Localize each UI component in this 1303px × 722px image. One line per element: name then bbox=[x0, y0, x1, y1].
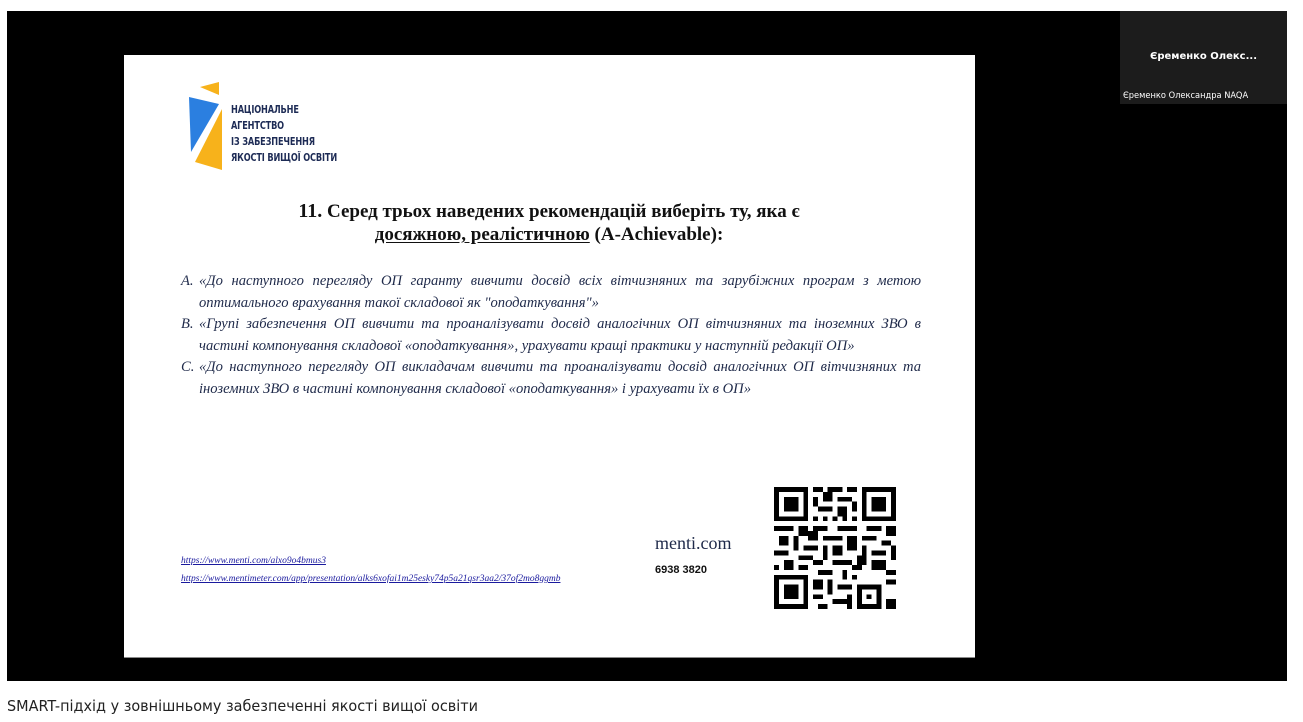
answer-options: A. «До наступного перегляду ОП гаранту в… bbox=[181, 271, 921, 400]
logo-line: АГЕНТСТВО bbox=[231, 118, 337, 134]
menti-code: 6938 3820 bbox=[655, 564, 707, 576]
question-number: 11. bbox=[298, 200, 322, 222]
page-title: SMART-підхід у зовнішньому забезпеченні … bbox=[7, 697, 478, 715]
naqa-logo: НАЦІОНАЛЬНЕ АГЕНТСТВО ІЗ ЗАБЕЗПЕЧЕННЯ ЯК… bbox=[186, 82, 356, 172]
question-heading: 11. Серед трьох наведених рекомендацій в… bbox=[164, 200, 934, 246]
menti-links: https://www.menti.com/alxo9o4bmus3 https… bbox=[181, 552, 560, 588]
logo-line: ЯКОСТІ ВИЩОЇ ОСВІТИ bbox=[231, 150, 337, 166]
option-letter: B. bbox=[181, 314, 199, 357]
question-keyword: досяжною, реалістичною bbox=[375, 224, 590, 245]
option-text: «До наступного перегляду ОП викладачам в… bbox=[199, 357, 921, 400]
option-letter: A. bbox=[181, 271, 199, 314]
participant-tile-name: Єременко Олекс... bbox=[1120, 51, 1287, 62]
qr-code-icon bbox=[774, 487, 896, 609]
menti-link[interactable]: https://www.menti.com/alxo9o4bmus3 bbox=[181, 552, 560, 570]
option-text: «Групі забезпечення ОП вивчити та проана… bbox=[199, 314, 921, 357]
option-text: «До наступного перегляду ОП гаранту вивч… bbox=[199, 271, 921, 314]
participant-name-label: Єременко Олександра NAQA bbox=[1123, 91, 1248, 101]
participant-video-tile[interactable]: Єременко Олекс... Єременко Олександра NA… bbox=[1120, 11, 1287, 104]
logo-text: НАЦІОНАЛЬНЕ АГЕНТСТВО ІЗ ЗАБЕЗПЕЧЕННЯ ЯК… bbox=[231, 102, 337, 166]
naqa-logo-icon bbox=[186, 82, 226, 172]
logo-line: ІЗ ЗАБЕЗПЕЧЕННЯ bbox=[231, 134, 337, 150]
question-line1: Серед трьох наведених рекомендацій вибер… bbox=[327, 201, 800, 222]
option-letter: C. bbox=[181, 357, 199, 400]
shared-screen-area: НАЦІОНАЛЬНЕ АГЕНТСТВО ІЗ ЗАБЕЗПЕЧЕННЯ ЯК… bbox=[7, 11, 1287, 681]
menti-site: menti.com bbox=[655, 533, 731, 554]
mentimeter-presentation-link[interactable]: https://www.mentimeter.com/app/presentat… bbox=[181, 570, 560, 588]
option-b: B. «Групі забезпечення ОП вивчити та про… bbox=[181, 314, 921, 357]
presentation-slide: НАЦІОНАЛЬНЕ АГЕНТСТВО ІЗ ЗАБЕЗПЕЧЕННЯ ЯК… bbox=[124, 55, 975, 658]
question-suffix: (A-Achievable): bbox=[590, 224, 724, 245]
option-c: C. «До наступного перегляду ОП викладача… bbox=[181, 357, 921, 400]
option-a: A. «До наступного перегляду ОП гаранту в… bbox=[181, 271, 921, 314]
logo-line: НАЦІОНАЛЬНЕ bbox=[231, 102, 337, 118]
